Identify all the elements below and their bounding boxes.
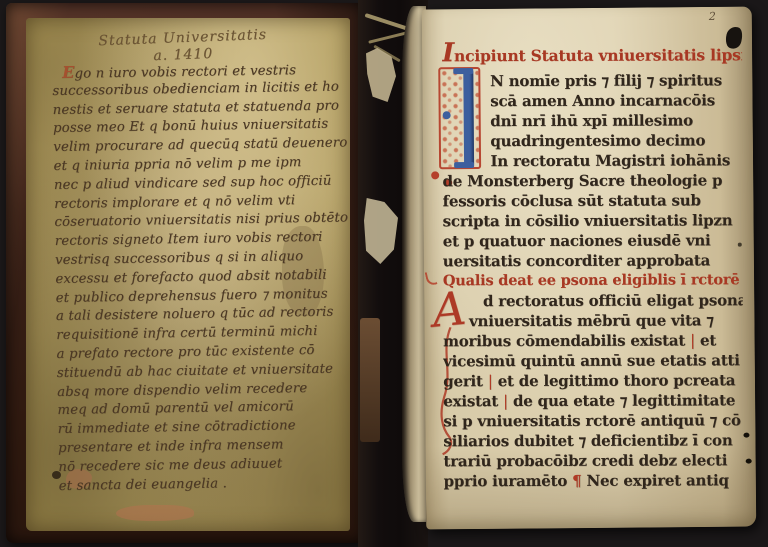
- right-page-line: moribus cōmendabilis existat | et: [443, 330, 743, 351]
- right-page-line: si p vniuersitatis rctorē antiquū ⁊ cō: [443, 410, 743, 431]
- right-page-line: siliarios dubitet ⁊ deficientibz ī con: [443, 430, 743, 451]
- right-page-text-block: Incipiunt Statuta vniuersitatis lipsnN n…: [442, 40, 744, 491]
- right-page-line: dnī nrī ihū xpī millesimo: [442, 110, 742, 131]
- left-pastedown-page: Statuta Universitatis a. 1410 Ego n iuro…: [26, 18, 350, 531]
- left-page-text-block: Ego n iuro vobis rectori et vestrissucce…: [52, 59, 353, 496]
- frayed-cord: [365, 13, 410, 31]
- wormhole: [746, 459, 752, 464]
- right-page-line: scā amen Anno incarnacōis: [442, 90, 742, 111]
- right-page-line: In rectoratu Magistri iohānis: [442, 150, 742, 171]
- spine-fragment: [360, 318, 380, 442]
- manuscript-photo: Statuta Universitatis a. 1410 Ego n iuro…: [0, 0, 768, 547]
- right-page-line: gerit | et de legittimo thoro pcreata: [443, 370, 743, 391]
- wormhole: [743, 433, 749, 438]
- right-page-line: fessoris cōclusa sūt statuta sub: [443, 190, 743, 211]
- right-page-line: N nomīe pris ⁊ filij ⁊ spiritus: [442, 70, 742, 91]
- right-page-line: et p quatuor naciones eiusdē vni: [443, 230, 743, 251]
- right-page-line: pprio iuramēto ¶ Nec expiret antiq: [444, 470, 744, 491]
- right-page-line: scripta in cōsilio vniuersitatis lipzn: [443, 210, 743, 231]
- right-page-line: trariū probacōibz credi debz electi: [443, 450, 743, 471]
- right-page-line: vicesimū quintū annū sue etatis atti: [443, 350, 743, 371]
- red-initial-E: E: [62, 63, 75, 82]
- right-page-line: d rectoratus officiū eligat psona: [443, 290, 743, 311]
- binding-gutter: [358, 0, 428, 547]
- chapter-rubric: Qualis deat ee psona eligiblis ī rctorē: [443, 270, 743, 291]
- red-dot: [431, 171, 439, 179]
- left-page-line: et sancta dei euangelia .: [58, 473, 352, 496]
- right-page-line: uersitatis concorditer approbata: [443, 250, 743, 271]
- right-page-line: existat | de qua etate ⁊ legittimitate: [443, 390, 743, 411]
- incipit-rubric: Incipiunt Statuta vniuersitatis lipsn: [442, 40, 742, 67]
- right-page-line: de Monsterberg Sacre theologie p: [442, 170, 742, 191]
- right-page-line: quadringentesimo decimo: [442, 130, 742, 151]
- right-page-leaf: 2 I A Incipiunt Statuta vniuersitatis li…: [422, 7, 757, 530]
- folio-number: 2: [709, 10, 716, 23]
- left-cover-board: Statuta Universitatis a. 1410 Ego n iuro…: [6, 3, 364, 543]
- parchment-stain: [116, 505, 194, 521]
- frayed-cord: [368, 31, 408, 44]
- right-page-line: vniuersitatis mēbrū que vita ⁊: [443, 310, 743, 331]
- parchment-fragment: [364, 198, 398, 264]
